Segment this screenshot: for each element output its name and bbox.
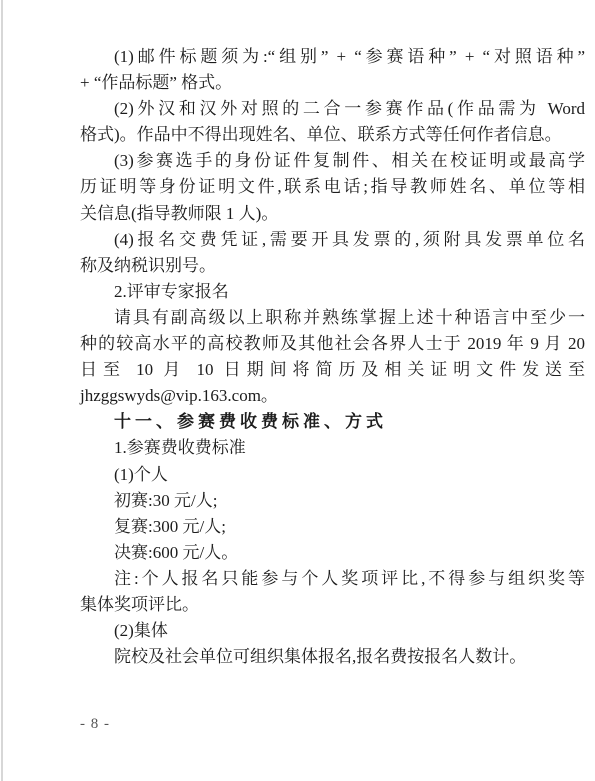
text-line: 格式)。作品中不得出现姓名、单位、联系方式等任何作者信息。 xyxy=(80,122,585,148)
text-line: 请具有副高级以上职称并熟练掌握上述十种语言中至少一 xyxy=(80,305,585,331)
text-line: 十一、参赛费收费标准、方式 xyxy=(80,409,585,435)
paragraph: 决赛:600 元/人。 xyxy=(80,540,585,566)
scan-left-edge xyxy=(1,0,3,781)
paragraph: (3)参赛选手的身份证件复制件、相关在校证明或最高学历证明等身份证明文件,联系电… xyxy=(80,148,585,226)
text-line: + “作品标题” 格式。 xyxy=(80,70,585,96)
document-body: (1)邮件标题须为:“组别” + “参赛语种” + “对照语种”+ “作品标题”… xyxy=(80,44,585,670)
text-line: 1.参赛费收费标准 xyxy=(80,435,585,461)
text-line: (1)个人 xyxy=(80,462,585,488)
text-line: 日至 10 月 10 日期间将简历及相关证明文件发送至 xyxy=(80,357,585,383)
paragraph: (4)报名交费凭证,需要开具发票的,须附具发票单位名称及纳税识别号。 xyxy=(80,227,585,279)
text-line: 注:个人报名只能参与个人奖项评比,不得参与组织奖等 xyxy=(80,566,585,592)
paragraph: 院校及社会单位可组织集体报名,报名费按报名人数计。 xyxy=(80,644,585,670)
text-line: 决赛:600 元/人。 xyxy=(80,540,585,566)
section-heading: 十一、参赛费收费标准、方式 xyxy=(80,409,585,435)
paragraph: 复赛:300 元/人; xyxy=(80,514,585,540)
paragraph: 1.参赛费收费标准 xyxy=(80,435,585,461)
text-line: 种的较高水平的高校教师及其他社会各界人士于 2019 年 9 月 20 xyxy=(80,331,585,357)
paragraph: (2)集体 xyxy=(80,618,585,644)
text-line: 历证明等身份证明文件,联系电话;指导教师姓名、单位等相 xyxy=(80,174,585,200)
paragraph: 2.评审专家报名 xyxy=(80,279,585,305)
text-line: 集体奖项评比。 xyxy=(80,592,585,618)
paragraph: (1)个人 xyxy=(80,462,585,488)
paragraph: 初赛:30 元/人; xyxy=(80,488,585,514)
text-line: 2.评审专家报名 xyxy=(80,279,585,305)
text-line: (1)邮件标题须为:“组别” + “参赛语种” + “对照语种” xyxy=(80,44,585,70)
text-line: 院校及社会单位可组织集体报名,报名费按报名人数计。 xyxy=(80,644,585,670)
text-line: 关信息(指导教师限 1 人)。 xyxy=(80,201,585,227)
text-line: (2)集体 xyxy=(80,618,585,644)
text-line: jhzggswyds@vip.163.com。 xyxy=(80,383,585,409)
text-line: 复赛:300 元/人; xyxy=(80,514,585,540)
text-line: (4)报名交费凭证,需要开具发票的,须附具发票单位名 xyxy=(80,227,585,253)
text-line: (3)参赛选手的身份证件复制件、相关在校证明或最高学 xyxy=(80,148,585,174)
text-line: (2)外汉和汉外对照的二合一参赛作品(作品需为 Word xyxy=(80,96,585,122)
paragraph: 注:个人报名只能参与个人奖项评比,不得参与组织奖等集体奖项评比。 xyxy=(80,566,585,618)
paragraph: 请具有副高级以上职称并熟练掌握上述十种语言中至少一种的较高水平的高校教师及其他社… xyxy=(80,305,585,409)
paragraph: (1)邮件标题须为:“组别” + “参赛语种” + “对照语种”+ “作品标题”… xyxy=(80,44,585,96)
text-line: 初赛:30 元/人; xyxy=(80,488,585,514)
paragraph: (2)外汉和汉外对照的二合一参赛作品(作品需为 Word格式)。作品中不得出现姓… xyxy=(80,96,585,148)
text-line: 称及纳税识别号。 xyxy=(80,253,585,279)
page-number: - 8 - xyxy=(80,716,110,733)
